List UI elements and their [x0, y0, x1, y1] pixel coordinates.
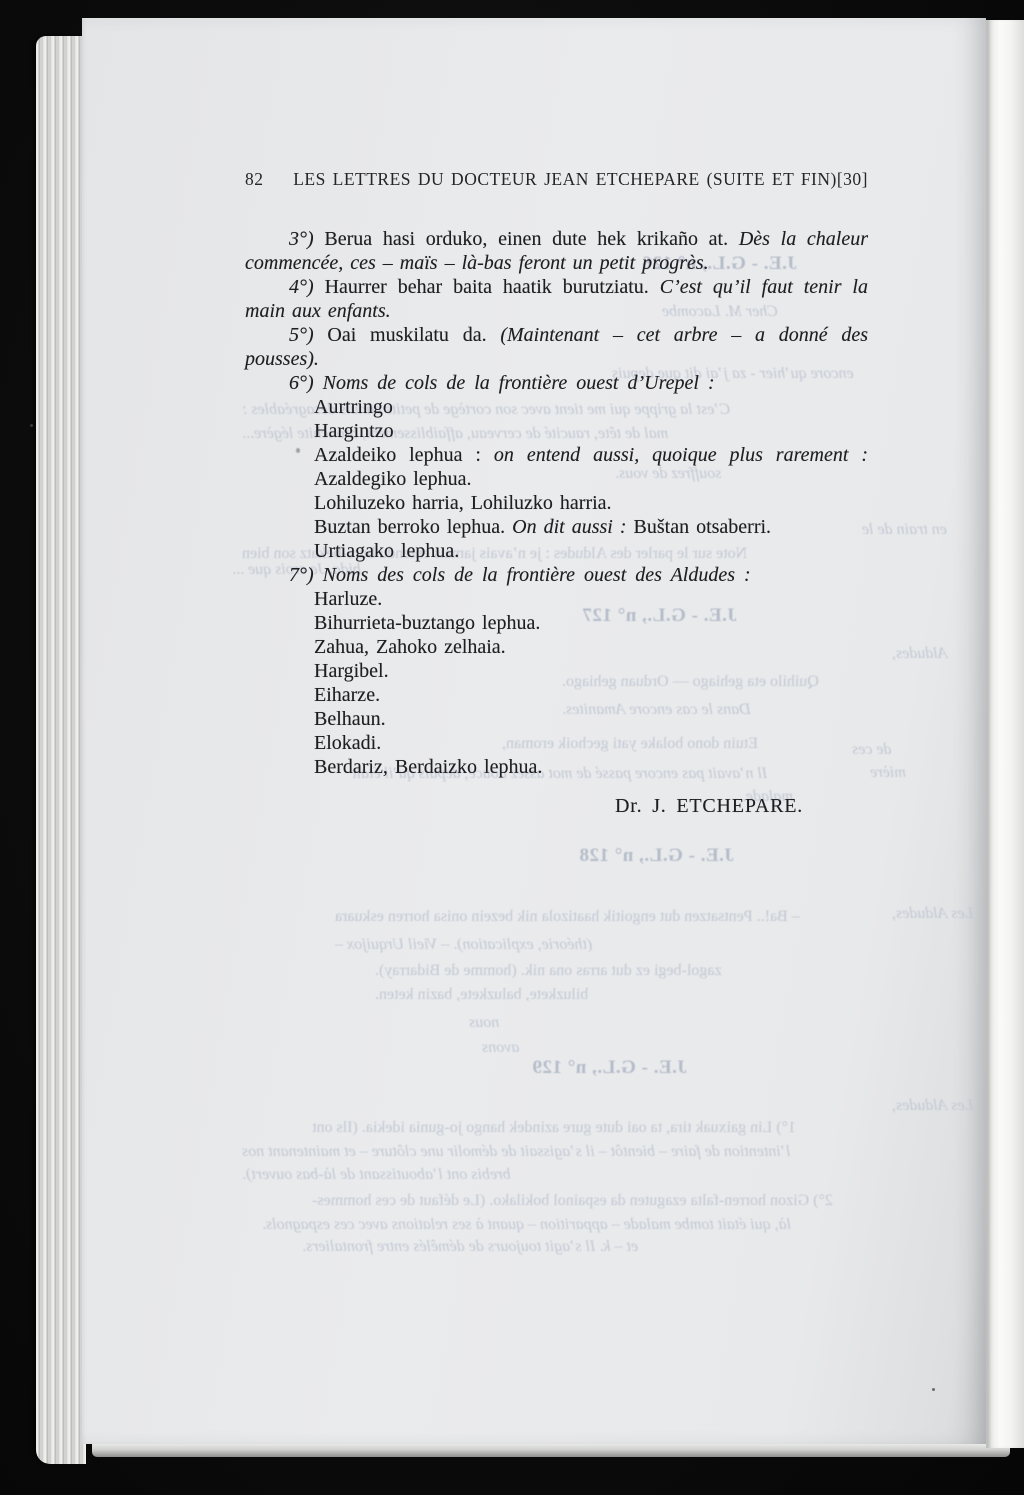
dust-speck	[30, 424, 33, 427]
bleedthrough-line: zagol-begi ez dut arras ona nik. (homme …	[375, 961, 722, 981]
paragraph-4: 4°) Haurrer behar baita haatik burutziat…	[245, 275, 868, 323]
page-number: 82	[245, 169, 293, 190]
bleedthrough-line: Aldudes,	[892, 644, 948, 664]
list-item: Lohiluzeko harria, Lohiluzko harria.	[314, 491, 868, 515]
margin-reference: [30]	[837, 169, 868, 190]
bleedthrough-line: mière	[870, 763, 906, 783]
dust-speck	[932, 1388, 935, 1391]
paragraph-5: 5°) Oai muskilatu da. (Maintenant – cet …	[245, 323, 868, 371]
list-item: Belhaun.	[314, 707, 868, 731]
page-header: 82 LES LETTRES DU DOCTEUR JEAN ETCHEPARE…	[245, 169, 868, 190]
letter-body: 3°) Berua hasi orduko, einen dute hek kr…	[245, 227, 868, 779]
bleedthrough-heading: J.E. - G.L., n° 128	[579, 846, 734, 866]
bleedthrough-line: et – k. Il s’agit toujours de démêlés en…	[302, 1237, 638, 1257]
ink-speck	[296, 448, 300, 453]
bleedthrough-line: là, qui était tombe malade – apparition …	[262, 1215, 791, 1235]
signature: Dr. J. ETCHEPARE.	[615, 795, 803, 818]
page-stack-edge-left	[36, 36, 86, 1464]
list-item: Eiharze.	[314, 683, 868, 707]
bleedthrough-line: 1°) Lin gaixuak tira, ta oai dute gure a…	[312, 1118, 796, 1138]
list-item: Azaldeiko lephua : on entend aussi, quoi…	[314, 443, 868, 491]
list-item: Harluze.	[314, 587, 868, 611]
bleedthrough-line: – Ba!.. Pentsatzen dut engoitik haatizol…	[335, 907, 800, 927]
list-item: Bihurrieta-buztango lephua.	[314, 611, 868, 635]
col-list-urepel: Aurtringo Hargintzo Azaldeiko lephua : o…	[314, 395, 868, 563]
bleedthrough-line: l’intention de faire – bientôt – il s’ag…	[242, 1142, 791, 1162]
list-item: Urtiagako lephua.	[314, 539, 868, 563]
list-item: Elokadi.	[314, 731, 868, 755]
next-page-fore-edge	[986, 20, 1024, 1448]
list-item: Zahua, Zahoko zelhaia.	[314, 635, 868, 659]
col-list-aldudes: Harluze. Bihurrieta-buztango lephua. Zah…	[314, 587, 868, 779]
bleedthrough-line: en train de le	[862, 520, 947, 540]
list-item: Hargintzo	[314, 419, 868, 443]
running-title: LES LETTRES DU DOCTEUR JEAN ETCHEPARE (S…	[293, 169, 837, 190]
list-item: Berdariz, Berdaizko lephua.	[314, 755, 868, 779]
bleedthrough-line: (théorie, explication). – Vieil Urquijox…	[335, 935, 592, 955]
list-item: Buztan berroko lephua. On dit aussi : Bu…	[314, 515, 868, 539]
bleedthrough-line: Les Aldudes,	[892, 904, 973, 924]
bleedthrough-line: 2°) Gizon horren-falta ezaguten da espai…	[312, 1191, 833, 1211]
bleedthrough-line: Les Aldudes,	[892, 1096, 973, 1116]
scanner-background: { "document": { "header": { "page_number…	[0, 0, 1024, 1495]
list-item: Aurtringo	[314, 395, 868, 419]
paragraph-3: 3°) Berua hasi orduko, einen dute hek kr…	[245, 227, 868, 275]
bleedthrough-line: avons	[482, 1038, 519, 1058]
bleedthrough-line: brebis ont l’aboutissant de là-bas ouver…	[242, 1165, 511, 1185]
paragraph-6-heading: 6°) Noms de cols de la frontière ouest d…	[245, 371, 868, 395]
page-surface: J.E. - G.L., n° 126 Cher M. Lacombe enco…	[82, 18, 986, 1444]
bleedthrough-line: nous	[469, 1013, 499, 1033]
list-item: Hargibel.	[314, 659, 868, 683]
paragraph-7-heading: 7°) Noms des cols de la frontière ouest …	[245, 563, 868, 587]
bleedthrough-line: biluzkete, baluzkete, bazin keten.	[375, 985, 588, 1005]
page-stack-edge-bottom	[92, 1444, 1010, 1457]
bleedthrough-heading: J.E. - G.L., n° 129	[532, 1058, 687, 1078]
